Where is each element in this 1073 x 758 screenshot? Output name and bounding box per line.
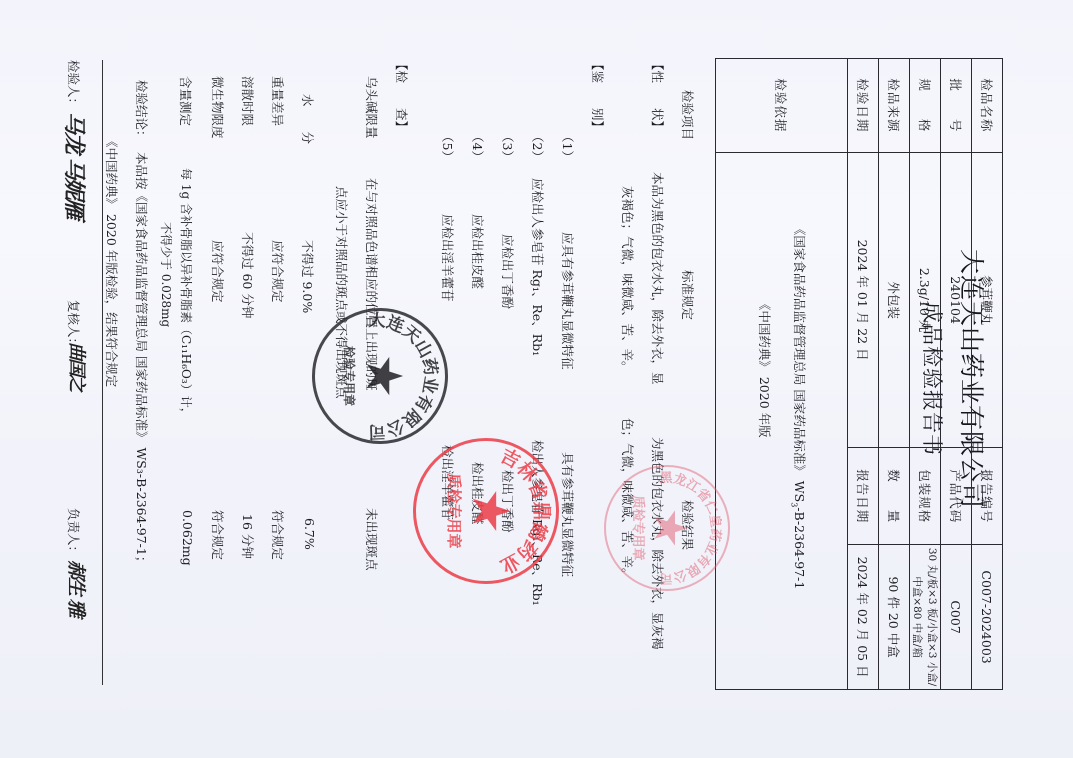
info-label2: 数 量: [879, 448, 910, 545]
character-label: 【性 状】: [649, 58, 667, 133]
info-value2: C007-2024003: [972, 545, 1003, 690]
inspection-item-name: 重量差异: [269, 76, 287, 126]
inspection-item-name: 水 分: [299, 94, 317, 144]
info-label1: 检品来源: [879, 59, 910, 153]
inspection-standard: 不得过 9.0%: [299, 240, 317, 313]
info-label2: 报告日期: [848, 448, 879, 545]
stamp-bottom-text: 检验专用章: [341, 311, 358, 441]
inspection-standard: 应符合规定: [269, 240, 287, 303]
inspection-result: 6.7%: [302, 518, 317, 550]
info-value1: 2024 年 01 月 22 日: [848, 152, 879, 447]
info-value2: 2024 年 02 月 05 日: [848, 545, 879, 690]
identification-item-no: （2）: [529, 130, 547, 163]
inspection-result: 未出现斑点: [363, 508, 381, 571]
assay-result: 0.062mg: [180, 510, 195, 566]
assay-label: 含量测定: [177, 76, 195, 126]
stamp-bottom-text: 质检专用章: [630, 467, 649, 589]
basis-row: 检验依据 《国家食品药品监督管理总局 国家药品标准》 WS3-B-2364-97…: [716, 59, 848, 690]
inspection-item-name: 乌头碱限量: [363, 76, 381, 139]
signature-divider: [102, 60, 103, 685]
basis-line-2: 《中国药典》 2020 年版: [749, 223, 779, 689]
info-label2: 包装规格: [910, 448, 941, 545]
identification-label: 【鉴 别】: [589, 58, 607, 133]
info-row: 规 格2.3g/10 丸包装规格30 丸/板×3 板/小盒×3 小盒/中盒×80…: [910, 59, 941, 690]
conclusion-line-2: 《中国药典》 2020 年版检验，结果符合规定: [103, 135, 121, 387]
info-label1: 检验日期: [848, 59, 879, 153]
pink-quality-stamp: 黑龙江省仁皇药业有限公司 ★ 质检专用章: [604, 465, 730, 591]
col-standard-header: 标准规定: [679, 270, 697, 320]
star-icon: ★: [464, 488, 516, 535]
info-row: 检验日期2024 年 01 月 22 日报告日期2024 年 02 月 05 日: [848, 59, 879, 690]
character-standard-2: 灰褐色；气微，味微咸、苦、辛。: [619, 186, 637, 374]
col-item-header: 检验项目: [679, 90, 697, 140]
black-inspection-stamp: 大连天山药业有限公司 ★ 检验专用章: [312, 308, 448, 444]
info-label2: 产品代码: [941, 448, 972, 545]
inspection-item-name: 溶散时限: [239, 76, 257, 126]
conclusion-line-1: 本品按《国家食品药品监督管理总局 国家药品标准》 WS₃-B-2364-97-1…: [133, 152, 151, 568]
identification-standard: 应检出淫羊藿苷: [439, 214, 457, 302]
star-icon: ★: [359, 354, 409, 399]
assay-standard-2: 不得少于 0.028mg: [158, 222, 175, 327]
inspector-signature: 马龙 马妮雁: [60, 112, 91, 218]
inspection-result: 16 分钟: [239, 514, 257, 559]
inspection-standard: 不得过 60 分钟: [239, 232, 257, 318]
stamp-bottom-text: 质检专用章: [444, 441, 465, 581]
info-label1: 规 格: [910, 59, 941, 153]
conclusion-label: 检验结论：: [133, 80, 151, 143]
identification-standard: 应检出桂皮醛: [469, 214, 487, 289]
reviewer-signature: 曲国之: [65, 342, 91, 390]
info-value1: 240104: [941, 152, 972, 447]
basis-value: 《国家食品药品监督管理总局 国家药品标准》 WS3-B-2364-97-1 《中…: [716, 152, 848, 689]
inspection-item-name: 微生物限度: [209, 76, 227, 139]
red-quality-stamp: 吉林省鼎鹤药业 ★ 质检专用章: [413, 438, 559, 584]
info-row: 批 号240104产品代码C007: [941, 59, 972, 690]
identification-item-no: （5）: [439, 130, 457, 163]
info-label1: 检品名称: [972, 59, 1003, 153]
info-table: 检品名称参茸鞭丸报告编号C007-2024003批 号240104产品代码C00…: [715, 58, 1003, 690]
basis-label: 检验依据: [716, 59, 848, 153]
assay-standard-1: 每 1g 含补骨脂以异补骨脂素（C₁₁H₆O₃）计，: [178, 168, 195, 420]
info-row: 检品名称参茸鞭丸报告编号C007-2024003: [972, 59, 1003, 690]
identification-standard: 应具有参茸鞭丸显微特征: [559, 232, 577, 370]
info-value2: 30 丸/板×3 板/小盒×3 小盒/中盒×80 中盒/箱: [910, 545, 941, 690]
info-value1: 参茸鞭丸: [972, 152, 1003, 447]
identification-item-no: （1）: [559, 130, 577, 163]
info-value2: 90 件 20 中盒: [879, 545, 910, 690]
basis-line-1: 《国家食品药品监督管理总局 国家药品标准》 WS3-B-2364-97-1: [779, 223, 815, 689]
inspection-standard: 应符合规定: [209, 240, 227, 303]
identification-standard: 应检出丁香酚: [499, 234, 517, 309]
inspection-label: 【检 查】: [393, 58, 411, 133]
info-label1: 批 号: [941, 59, 972, 153]
inspection-report-page: 大连天山药业有限公司 成品检验报告书 检品名称参茸鞭丸报告编号C007-2024…: [0, 0, 1073, 758]
info-value1: 2.3g/10 丸: [910, 152, 941, 447]
identification-result: 具有参茸鞭丸显微特征: [559, 452, 577, 577]
identification-standard: 应检出人参皂苷 Rg₁、Re、Rb₁: [529, 178, 547, 356]
info-value2: C007: [941, 545, 972, 690]
info-label2: 报告编号: [972, 448, 1003, 545]
identification-item-no: （3）: [499, 130, 517, 163]
info-row: 检品来源外包装数 量90 件 20 中盒: [879, 59, 910, 690]
responsible-label: 负责人：: [65, 508, 83, 558]
character-standard-1: 本品为黑色的包衣水丸，除去外衣，显: [649, 172, 667, 385]
inspection-result: 符合规定: [209, 510, 227, 560]
info-value1: 外包装: [879, 152, 910, 447]
star-icon: ★: [648, 507, 694, 548]
identification-item-no: （4）: [469, 130, 487, 163]
inspector-label: 检验人：: [65, 60, 83, 110]
inspection-result: 符合规定: [269, 510, 287, 560]
responsible-signature: 郝生 雅: [64, 560, 91, 616]
